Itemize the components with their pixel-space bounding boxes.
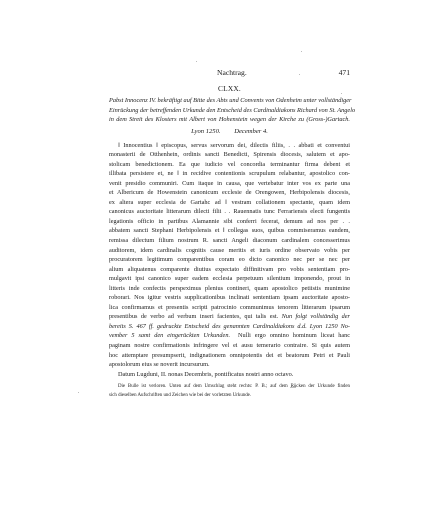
- scan-speck: [196, 61, 197, 62]
- datum-line: Datum Lugduni, II. nonas Decembris, pont…: [109, 370, 350, 380]
- footnote: Die Bulle ist verloren. Unten auf dem Um…: [109, 383, 350, 400]
- footnote-line: sich dieselben Aufschriften und Zeichen …: [109, 392, 350, 401]
- body-line-mixed: vember 5 samt den eingerückten Urkunden.…: [109, 331, 350, 341]
- scan-speck: [299, 74, 300, 75]
- dateline-place: Lyon 1250.: [191, 128, 220, 135]
- body-line: venit presidio communiri. Cum itaque in …: [109, 179, 350, 189]
- body-line: lica confirmamus et presentis scripti pa…: [109, 303, 350, 313]
- body-line: ‖ Innocentius ‖ episcopus, servus servor…: [109, 141, 350, 151]
- body-line: alium aliquatenus comparente diutius exp…: [109, 265, 350, 275]
- body-line: mulgavit ipsi canonico super eadem eccle…: [109, 274, 350, 284]
- body-line: roborari. Nos igitur vestris supplicatio…: [109, 293, 350, 303]
- footnote-line: Die Bulle ist verloren. Unten auf dem Um…: [109, 383, 350, 392]
- editorial-note-italic: Nun folgt vollständig der: [282, 313, 350, 320]
- body-line-roman: presentibus de verbo ad verbum inseri fa…: [109, 313, 282, 320]
- regest-line: Pabst Innocenz IV. bekräftigt auf Bitte …: [109, 96, 350, 106]
- document-number: CLXX.: [109, 84, 350, 96]
- page-number: 471: [339, 68, 350, 77]
- running-head: Nachtrag. 471: [109, 68, 350, 82]
- dateline: Lyon 1250. December 4.: [109, 128, 350, 141]
- body-line: auditorem, idem cardinalis cognitis caus…: [109, 246, 350, 256]
- body-line-roman: Nulli ergo omnino hominum liceat hanc: [238, 332, 350, 339]
- body-line: et Albericum de Howenstein canonicum ecc…: [109, 188, 350, 198]
- body-line: legationis officio in partibus Alamannie…: [109, 217, 350, 227]
- charter-text: ‖ Innocentius ‖ episcopus, servus servor…: [109, 141, 350, 380]
- body-line: litteris inde confectis perspeximus plen…: [109, 284, 350, 294]
- body-line: monasterii de Otthenhein, ordinis sancti…: [109, 150, 350, 160]
- scan-speck: [301, 51, 302, 52]
- body-line: procuratorem legitimum comparentibus cor…: [109, 255, 350, 265]
- body-line: hoc attemptare presumpserit, indignation…: [109, 351, 350, 361]
- editorial-note-line: bereits S. 467 ff. gedruckte Entscheid d…: [109, 322, 350, 332]
- scan-speck: [78, 392, 79, 393]
- body-line: apostolorum eius se noverit incursurum.: [109, 360, 350, 370]
- body-line: abbatem sancti Stephani Herbipolensis et…: [109, 226, 350, 236]
- body-line: ex altera super ecclesia de Gartahc ad ‖…: [109, 198, 350, 208]
- body-line: stolicam benedictionem. Ea que iudicio v…: [109, 160, 350, 170]
- body-line: illibata persistere et, ne ‖ in recidive…: [109, 169, 350, 179]
- dateline-date: December 4.: [234, 128, 268, 135]
- body-line-mixed: presentibus de verbo ad verbum inseri fa…: [109, 312, 350, 322]
- body-line: canonicus auctoritate litterarum dilecti…: [109, 207, 350, 217]
- regest-summary: Pabst Innocenz IV. bekräftigt auf Bitte …: [109, 96, 350, 125]
- running-head-title: Nachtrag.: [217, 68, 247, 77]
- document-page: Nachtrag. 471 CLXX. Pabst Innocenz IV. b…: [109, 68, 350, 400]
- scan-speck: [341, 93, 342, 94]
- body-line: paginam nostre confirmationis infringere…: [109, 341, 350, 351]
- editorial-note-italic: vember 5 samt den eingerückten Urkunden.: [109, 332, 230, 339]
- regest-line: in dem Streit des Klosters mit Albert vo…: [109, 115, 350, 125]
- scan-speck: [290, 387, 296, 388]
- regest-line: Einrückung der betreffenden Urkunde den …: [109, 106, 350, 116]
- body-line: remissa dilectum filium nostrum R. sanct…: [109, 236, 350, 246]
